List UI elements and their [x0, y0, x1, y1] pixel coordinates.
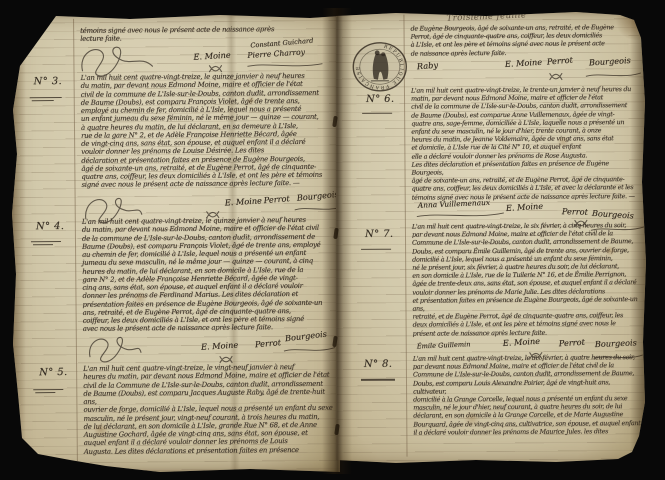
signature-witness1: Perrot — [263, 193, 290, 205]
act-text-3: L'an mil huit cent quatre-vingt-treize, … — [81, 72, 336, 190]
entry-number-underline — [361, 379, 395, 381]
page-edge-left — [10, 14, 26, 472]
entry-number-underline — [362, 113, 392, 115]
right-page: Troisième feuille de Eugène Bourgeois, â… — [336, 12, 650, 464]
entry-number-7: N° 7. — [365, 229, 394, 240]
entry-number-3: N° 3. — [34, 76, 63, 87]
page-edge-right — [630, 12, 650, 464]
corner-mark: 3 — [19, 33, 24, 41]
entry-number-5: N° 5. — [39, 367, 68, 378]
entry-number-8: N° 8. — [364, 359, 393, 370]
gutter-shadow — [322, 8, 352, 474]
act-text-6: L'an mil huit cent quatre-vingt-treize, … — [411, 85, 642, 201]
entry-number-6: N° 6. — [366, 94, 395, 105]
signature-flourish — [85, 332, 143, 365]
act-text-5: L'an mil huit cent quatre-vingt-treize, … — [83, 363, 338, 456]
entry-number-4: N° 4. — [36, 221, 65, 232]
official-seal: RÉPUBLIQUE FRANÇAISE — [351, 41, 409, 93]
signature-witness1: Perrot — [562, 206, 588, 217]
signature-witness1: Perrot — [546, 55, 573, 67]
entry-number-underline — [35, 392, 55, 393]
entry-number-underline — [30, 97, 62, 99]
register-scan: 3 témoins signé avec nous le présent act… — [0, 0, 665, 480]
signature-party: Raby — [416, 60, 438, 72]
act-text-4: L'an mil huit cent quatre-vingt-treize, … — [82, 216, 337, 334]
signature-underline — [416, 211, 506, 220]
act-continuation-text: de Eugène Bourgeois, âgé de soixante-un … — [411, 23, 641, 57]
left-page: 3 témoins signé avec nous le présent act… — [10, 14, 340, 472]
entry-number-underline — [33, 244, 53, 245]
signature-witness1: Perrot — [558, 337, 585, 349]
entry-number-underline — [361, 249, 391, 251]
entry-number-underline — [31, 241, 61, 243]
act-text-7: L'an mil huit cent quatre-vingt-treize, … — [412, 221, 643, 337]
signature-underline — [246, 61, 324, 70]
entry-number-underline — [33, 389, 63, 391]
signature-witness1: Perrot — [255, 337, 282, 349]
entry-number-underline — [32, 100, 54, 101]
act-text-8: L'an mil huit cent quatre-vingt-treize, … — [413, 353, 644, 437]
paraph-cross — [549, 72, 563, 82]
